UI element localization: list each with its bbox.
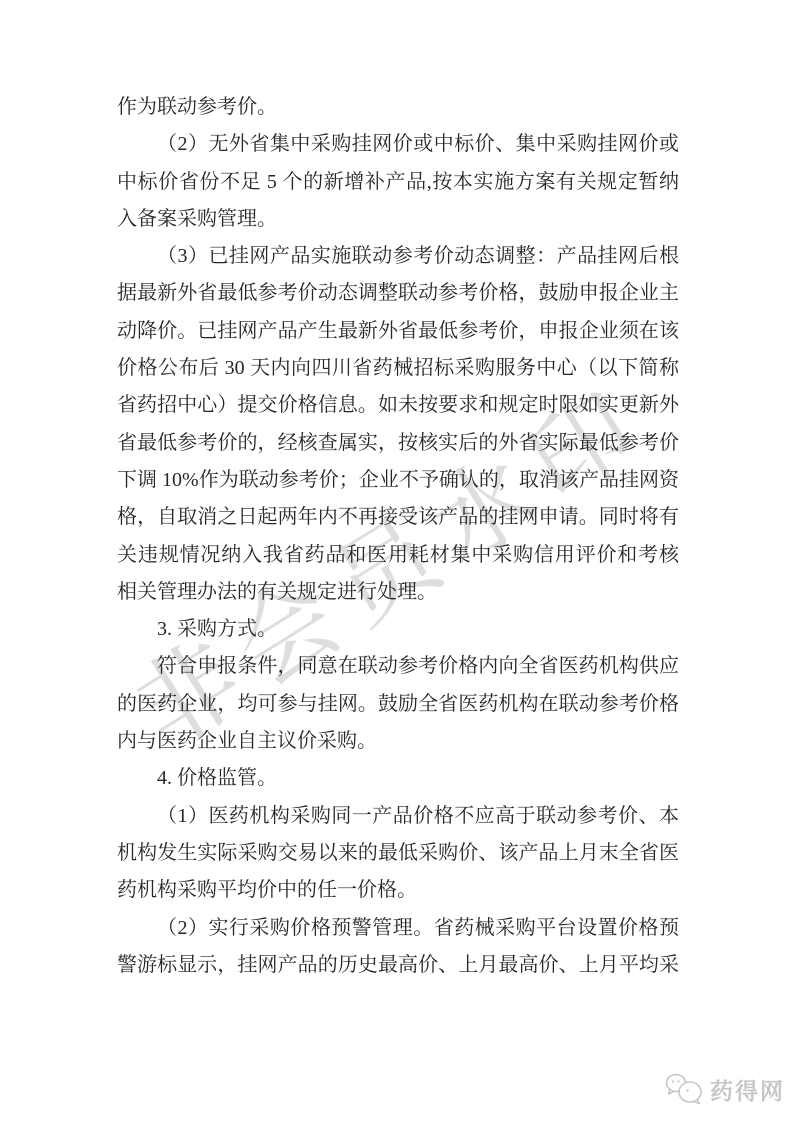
document-line: 动降价。已挂网产品产生最新外省最低参考价，申报企业须在该: [117, 313, 679, 350]
document-line: （2）无外省集中采购挂网价或中标价、集中采购挂网价或: [117, 126, 679, 163]
document-line: 据最新外省最低参考价动态调整联动参考价格，鼓励申报企业主: [117, 275, 679, 312]
document-line: 省最低参考价的，经核查属实，按核实后的外省实际最低参考价: [117, 425, 679, 462]
document-line: 药机构采购平均价中的任一价格。: [117, 872, 679, 909]
document-line: （2）实行采购价格预警管理。省药械采购平台设置价格预: [117, 910, 679, 947]
chat-bubbles-mascot-icon: [664, 1072, 704, 1106]
document-line: 中标价省份不足 5 个的新增补产品,按本实施方案有关规定暂纳: [117, 164, 679, 201]
brand-name: 药得网: [710, 1073, 785, 1106]
document-line: 下调 10%作为联动参考价；企业不予确认的，取消该产品挂网资: [117, 462, 679, 499]
document-page: 非会员水印 作为联动参考价。（2）无外省集中采购挂网价或中标价、集中采购挂网价或…: [0, 0, 793, 1122]
document-line: 作为联动参考价。: [117, 89, 679, 126]
yaodewang-logo: 药得网: [664, 1072, 785, 1106]
document-line: 3. 采购方式。: [117, 611, 679, 648]
document-line: 关违规情况纳入我省药品和医用耗材集中采购信用评价和考核: [117, 537, 679, 574]
document-text-block: 作为联动参考价。（2）无外省集中采购挂网价或中标价、集中采购挂网价或中标价省份不…: [117, 89, 679, 984]
document-line: 价格公布后 30 天内向四川省药械招标采购服务中心（以下简称: [117, 350, 679, 387]
document-line: 警游标显示，挂网产品的历史最高价、上月最高价、上月平均采: [117, 947, 679, 984]
document-line: 机构发生实际采购交易以来的最低采购价、该产品上月末全省医: [117, 835, 679, 872]
document-line: 4. 价格监管。: [117, 760, 679, 797]
document-line: 符合申报条件，同意在联动参考价格内向全省医药机构供应: [117, 648, 679, 685]
document-line: 格，自取消之日起两年内不再接受该产品的挂网申请。同时将有: [117, 499, 679, 536]
document-line: 内与医药企业自主议价采购。: [117, 723, 679, 760]
document-line: （1）医药机构采购同一产品价格不应高于联动参考价、本: [117, 798, 679, 835]
document-line: 相关管理办法的有关规定进行处理。: [117, 574, 679, 611]
document-line: 省药招中心）提交价格信息。如未按要求和规定时限如实更新外: [117, 387, 679, 424]
document-line: 的医药企业，均可参与挂网。鼓励全省医药机构在联动参考价格: [117, 686, 679, 723]
document-line: 入备案采购管理。: [117, 201, 679, 238]
document-line: （3）已挂网产品实施联动参考价动态调整：产品挂网后根: [117, 238, 679, 275]
